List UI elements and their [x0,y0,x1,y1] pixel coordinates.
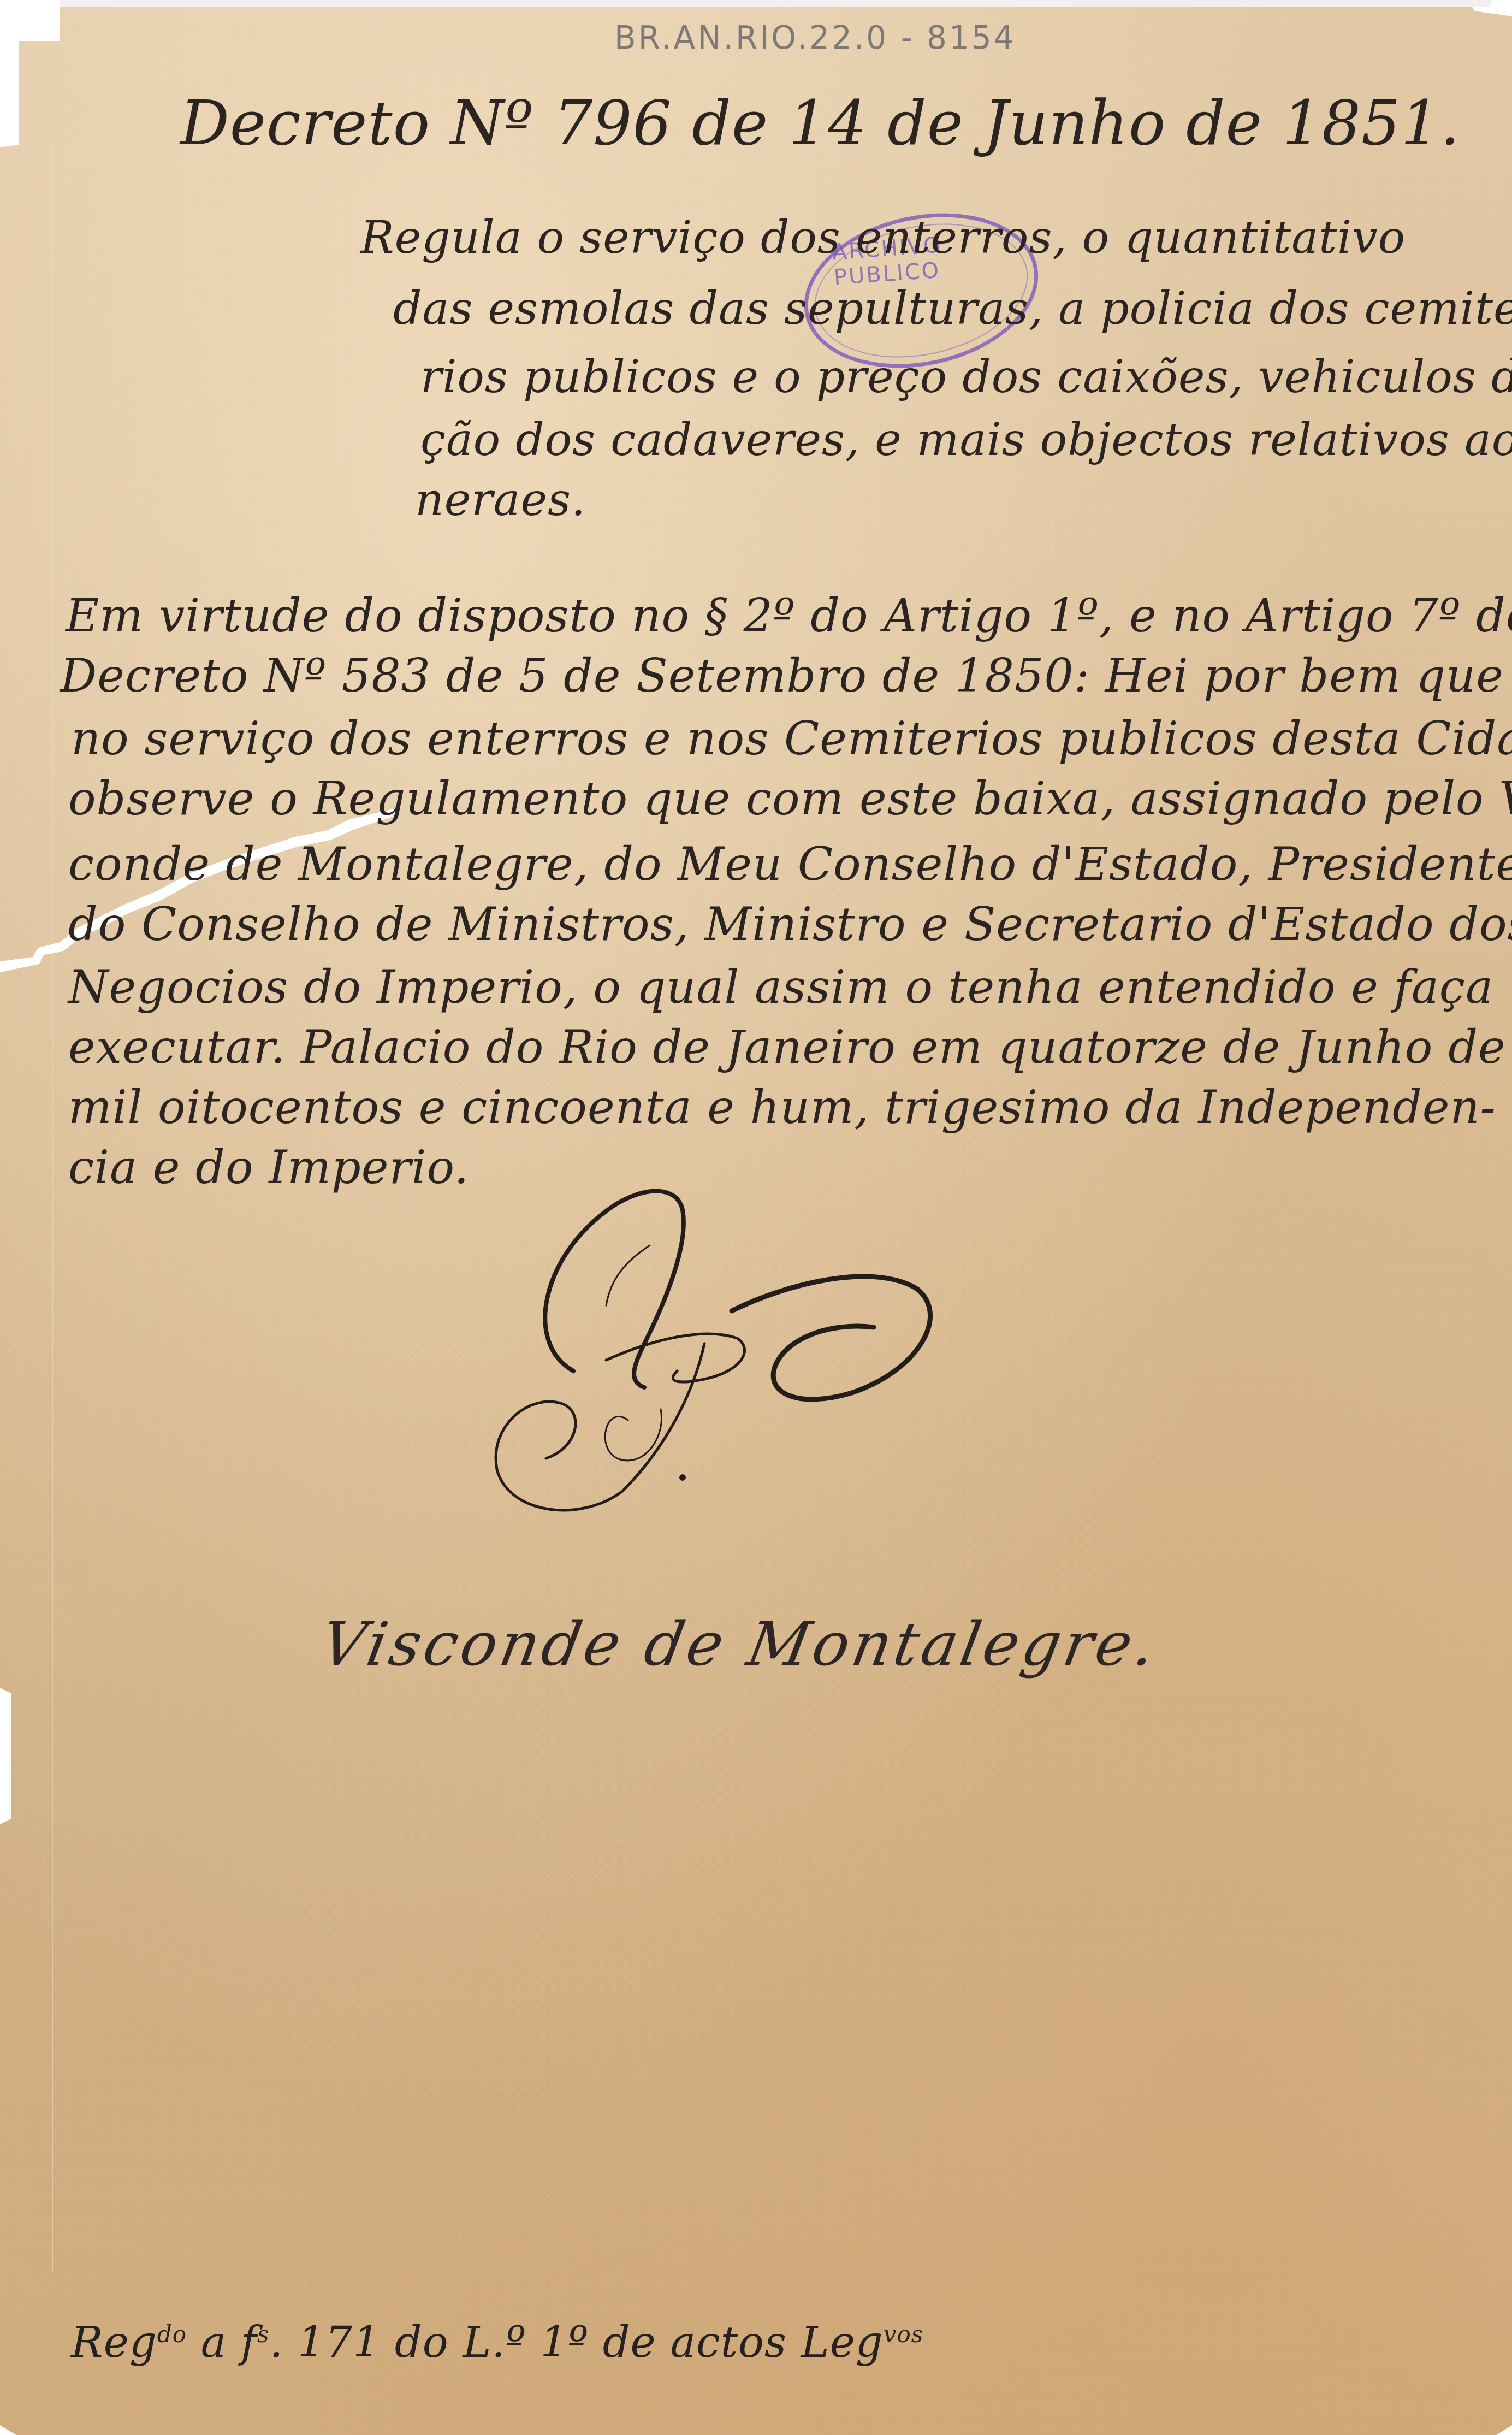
paper-fold-line [52,142,53,2272]
body-line: Negocios do Imperio, o qual assim o tenh… [68,964,1493,1010]
body-line: executar. Palacio do Rio de Janeiro em q… [68,1024,1506,1070]
summary-line: rios publicos e o preço dos caixões, veh… [420,355,1512,400]
summary-line: neraes. [415,478,586,523]
registry-suffix-sup: vos [884,2321,924,2348]
imperial-monogram-signature [448,1163,994,1513]
body-line: no serviço dos enterros e nos Cemiterios… [71,716,1512,761]
summary-line: ção dos cadaveres, e mais objectos relat… [420,418,1512,463]
body-line: do Conselho de Ministros, Ministro e Sec… [68,901,1512,947]
countersignature: Visconde de Montalegre. [317,1614,1163,1674]
registry-prefix: Reg [71,2318,157,2367]
paper-tear [0,808,415,983]
summary-line: Regula o serviço dos enterros, o quantit… [360,216,1406,261]
body-line: Em virtude do disposto no § 2º do Artigo… [66,593,1512,639]
body-line: Decreto Nº 583 de 5 de Setembro de 1850:… [60,653,1504,699]
body-line: conde de Montalegre, do Meu Conselho d'E… [68,841,1512,887]
scan-border [60,0,1491,7]
body-line: cia e do Imperio. [68,1144,469,1190]
registry-prefix-sup: do [157,2321,187,2348]
summary-line: das esmolas das sepulturas, a policia do… [393,287,1512,332]
archive-call-number: BR.AN.RIO.22.0 - 8154 [614,19,1016,56]
body-line: observe o Regulamento que com este baixa… [68,776,1512,821]
body-line: mil oitocentos e cincoenta e hum, triges… [68,1084,1496,1130]
registry-middle: a f [187,2318,257,2367]
registry-note: Regdo a fs. 171 do L.º 1º de actos Legvo… [71,2321,923,2364]
decree-title: Decreto Nº 796 de 14 de Junho de 1851. [180,93,1460,154]
registry-folio-sup: s [257,2321,270,2348]
registry-text: . 171 do L.º 1º de actos Leg [270,2318,884,2367]
